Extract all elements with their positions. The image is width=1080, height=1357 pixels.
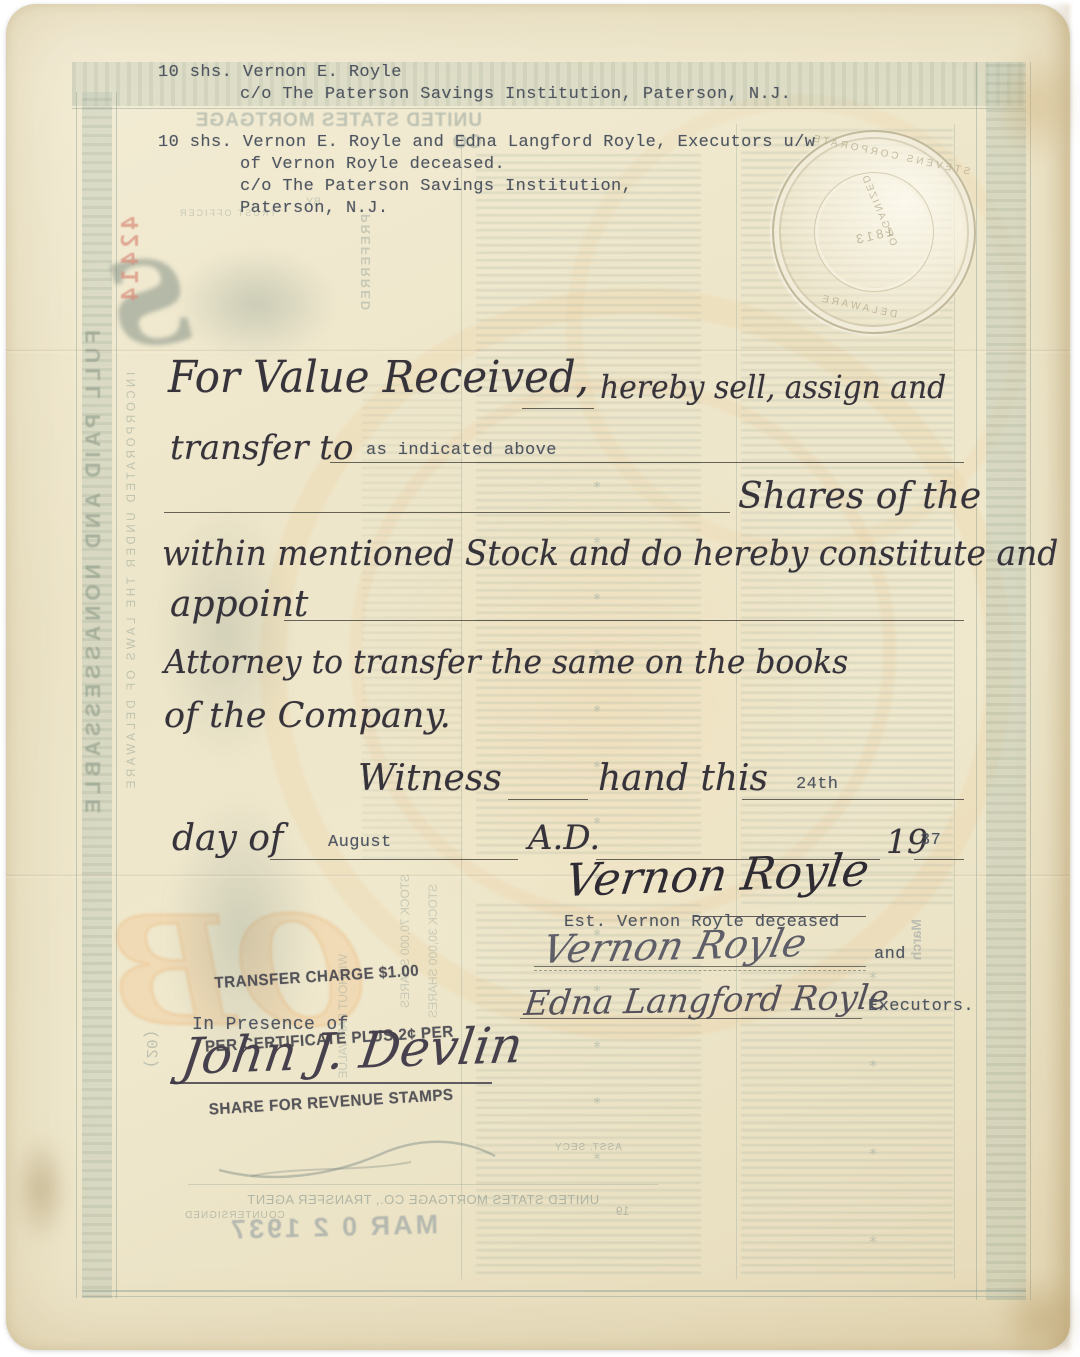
serial-number: 42414 (118, 216, 144, 326)
ghost-countersign-line (188, 1184, 658, 1185)
holder-2-line-4: Paterson, N.J. (158, 198, 815, 220)
witness-signature-line (170, 1082, 492, 1084)
month-entry-line (270, 859, 518, 860)
ghost-column-rule-1 (461, 134, 462, 1279)
holder-2-line-3: c/o The Paterson Savings Institution, (158, 176, 815, 198)
signature-3-line (520, 1018, 862, 1019)
holder-2-line-1: 10 shs. Vernon E. Royle and Edna Langfor… (158, 132, 815, 154)
transfer-to-line (330, 462, 964, 463)
stamp-line-1: TRANSFER CHARGE $1.00 (201, 959, 451, 995)
bottom-border-line-1 (82, 1290, 1026, 1292)
script-transfer-to: transfer to (170, 428, 353, 468)
holder-block-2: 10 shs. Vernon E. Royle and Edna Langfor… (158, 132, 815, 220)
stamp-line-3: SHARE FOR REVENUE STAMPS (208, 1084, 458, 1120)
and-label: and (874, 944, 906, 966)
script-sell-assign: hereby sell, assign and (600, 368, 946, 406)
script-of-the-company: of the Company. (164, 696, 451, 736)
script-day-of: day of (172, 818, 283, 859)
year-entry: 37 (920, 830, 941, 852)
signature-2-line-dashed (534, 970, 866, 971)
script-for-value-received: For Value Received, (168, 352, 589, 403)
paper-sheet: OB UNITED STATES MORTGAGE CO TRUST OFFIC… (6, 4, 1070, 1350)
ghost-transfer-agent: UNITED STATES MORTGAGE CO., TRANSFER AGE… (188, 1192, 658, 1207)
holder-1-line-1: 10 shs. Vernon E. Royle (158, 62, 791, 84)
script-shares-of-the: Shares of the (738, 476, 981, 517)
blank-line-party (522, 408, 594, 409)
witness-blank-line (508, 799, 588, 800)
ghost-nineteen: 19 (616, 1204, 629, 1218)
script-hand-this: hand this (598, 758, 768, 799)
shares-count-line (164, 512, 730, 513)
bottom-border-line-2 (82, 1296, 1026, 1297)
fold-crease-lower (6, 874, 1070, 878)
day-entry: 24th (796, 774, 838, 796)
signature-2-line (534, 966, 866, 967)
right-border-band (986, 62, 1026, 1300)
executors-label: Executors. (868, 996, 974, 1018)
signature-john-j-devlin: John J. Devlin (178, 1016, 527, 1086)
holder-2-line-2: of Vernon Royle deceased. (158, 154, 815, 176)
script-appoint: appoint (170, 584, 308, 625)
day-entry-line (742, 799, 964, 800)
signature-vernon-royle-1: Vernon Royle (562, 843, 873, 907)
ghost-preferred-label: PREFERRED (358, 214, 373, 364)
edge-shade-right (1046, 4, 1070, 1350)
holder-block-1: 10 shs. Vernon E. Royle c/o The Paterson… (158, 62, 791, 106)
ghost-asst-secy: ASST. SECY (554, 1142, 622, 1153)
right-border-line-outer (1030, 62, 1031, 1300)
script-witness: Witness (358, 758, 502, 799)
script-attorney: Attorney to transfer the same on the boo… (164, 642, 848, 681)
ghost-column-rule-2 (736, 124, 737, 1279)
ghost-date-stamp: MAR 0 2 1937 (228, 1209, 439, 1245)
ghost-column-rule-3 (954, 124, 955, 1279)
ghost-incorporated-label: INCORPORATED UNDER THE LAWS OF DELAWARE (126, 372, 138, 822)
year-entry-line (914, 859, 964, 860)
ghost-full-paid-label: FULL PAID AND NONASSESSABLE (82, 330, 106, 875)
scanned-stock-transfer-document: OB UNITED STATES MORTGAGE CO TRUST OFFIC… (0, 0, 1080, 1357)
holder-1-line-2: c/o The Paterson Savings Institution, Pa… (158, 84, 791, 106)
left-border-line-outer (76, 92, 77, 1298)
ghost-scroll-blob-1 (176, 249, 336, 359)
appoint-line (284, 620, 964, 621)
month-entry: August (328, 832, 392, 854)
ghost-paren20-label: (20) (142, 1030, 160, 1068)
transferee-entry: as indicated above (366, 440, 557, 462)
top-border-line (72, 108, 1024, 109)
stain-left-edge (14, 1134, 69, 1244)
right-border-line-inner (976, 62, 977, 1300)
script-within-mentioned: within mentioned Stock and do hereby con… (162, 534, 1058, 574)
